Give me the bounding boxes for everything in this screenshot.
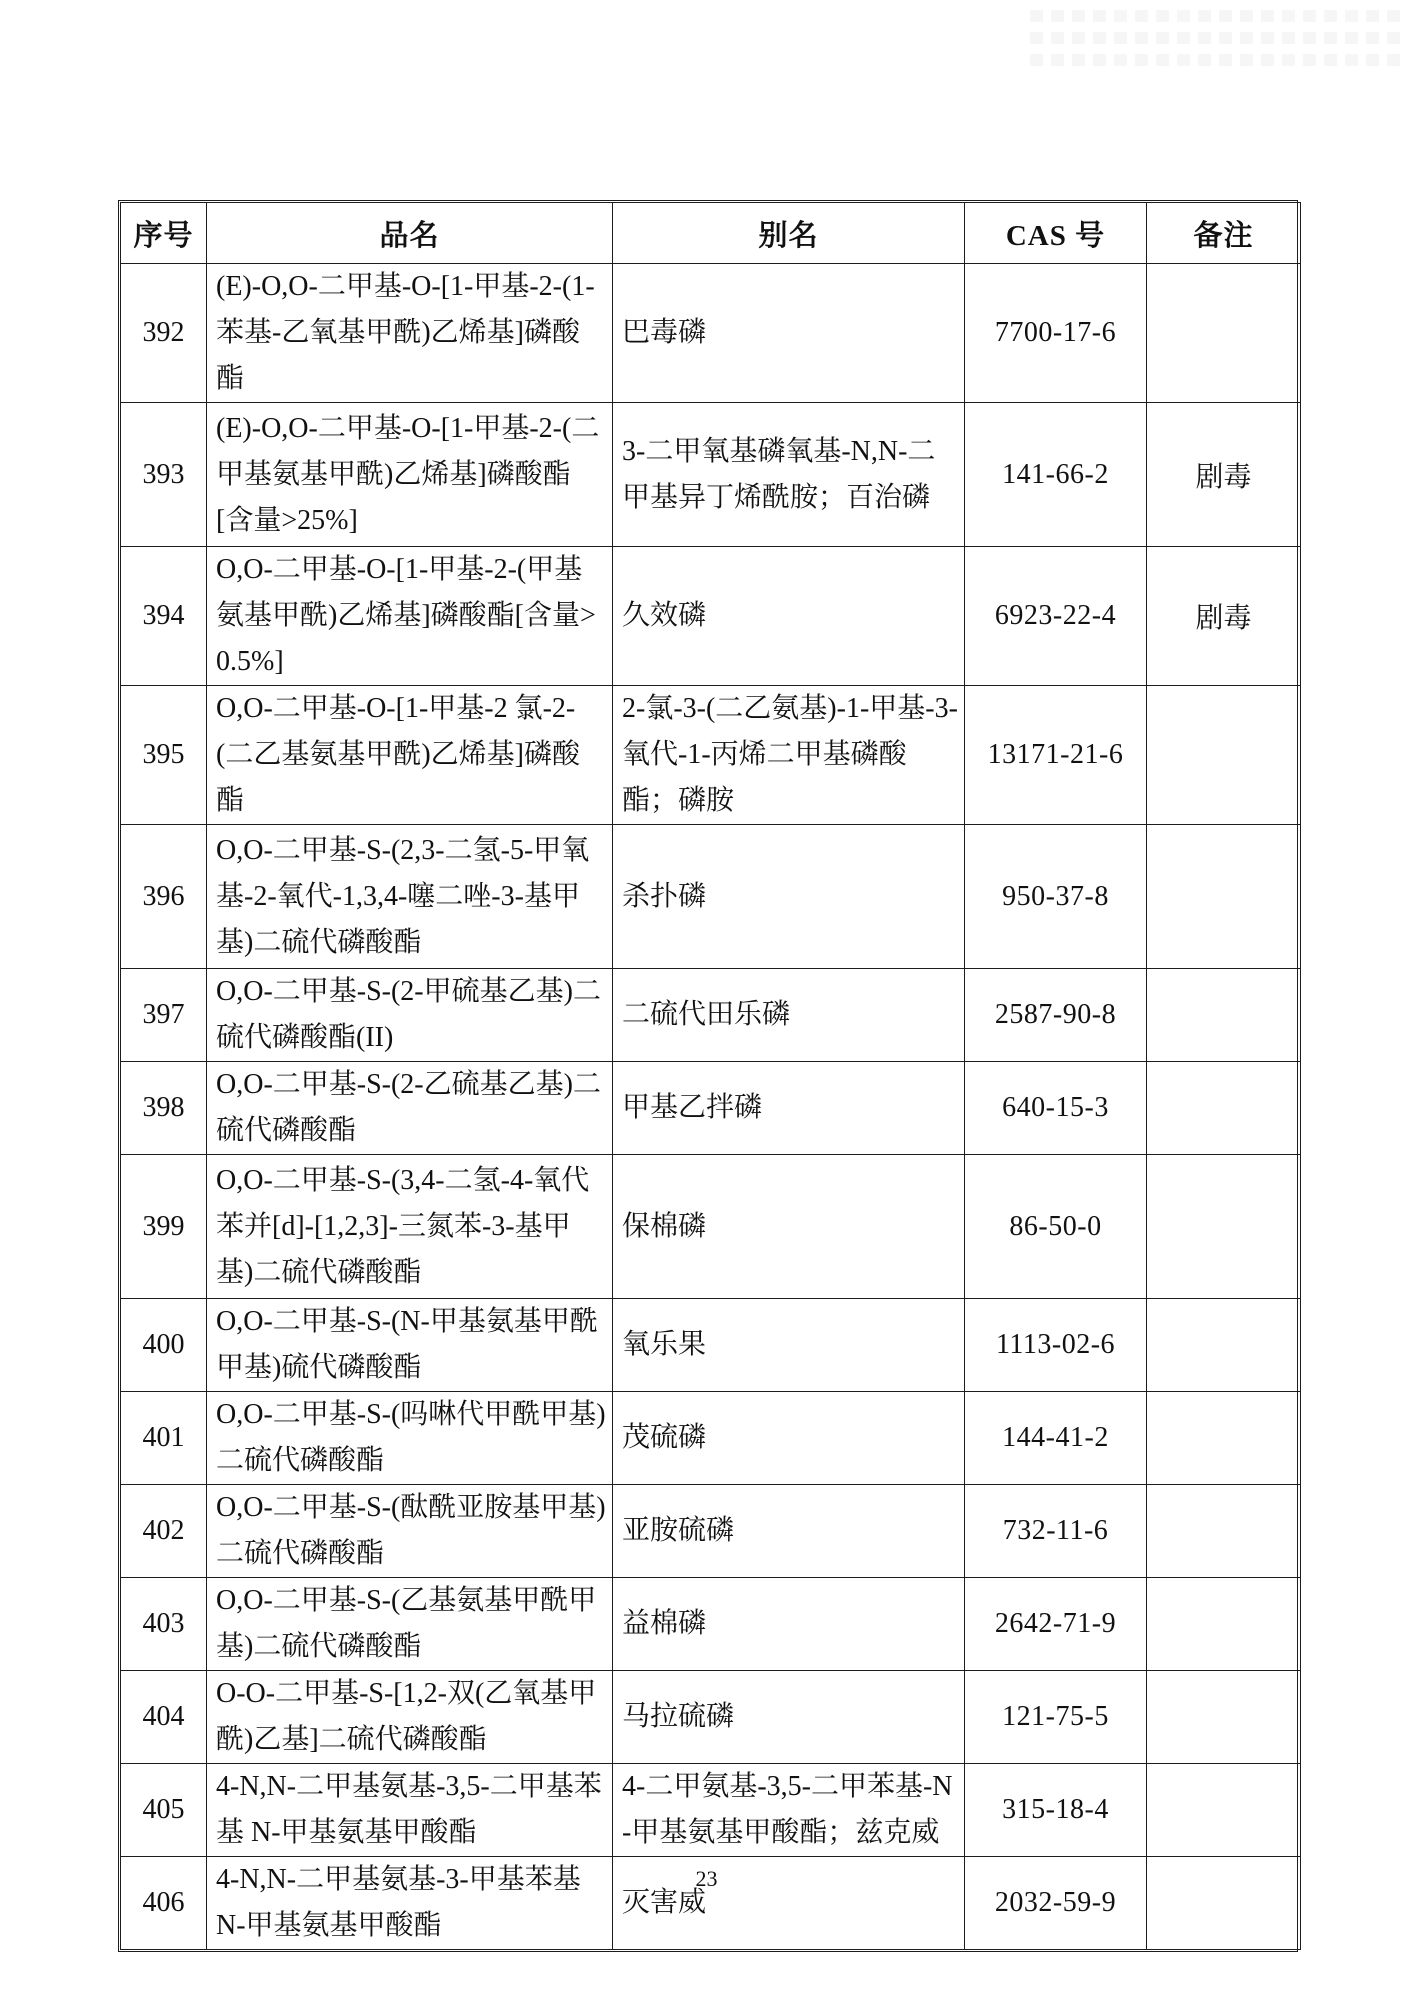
alias-cell: 亚胺硫磷: [613, 1485, 965, 1578]
remark-cell: [1147, 1062, 1301, 1155]
page-number: 23: [0, 1866, 1413, 1892]
index-cell: 395: [121, 686, 207, 825]
chemicals-table: 序号 品名 别名 CAS 号 备注 392 (E)-O,O-二甲基-O-[1-甲…: [120, 202, 1301, 1950]
remark-cell: [1147, 1155, 1301, 1299]
table-row: 400 O,O-二甲基-S-(N-甲基氨基甲酰甲基)硫代磷酸酯 氧乐果 1113…: [121, 1299, 1301, 1392]
cas-cell: 315-18-4: [965, 1764, 1147, 1857]
name-cell: O-O-二甲基-S-[1,2-双(乙氧基甲酰)乙基]二硫代磷酸酯: [207, 1671, 613, 1764]
cas-cell: 144-41-2: [965, 1392, 1147, 1485]
cas-cell: 86-50-0: [965, 1155, 1147, 1299]
alias-cell: 保棉磷: [613, 1155, 965, 1299]
remark-cell: [1147, 1764, 1301, 1857]
header-alias: 别名: [613, 203, 965, 264]
table-row: 399 O,O-二甲基-S-(3,4-二氢-4-氧代苯并[d]-[1,2,3]-…: [121, 1155, 1301, 1299]
cas-cell: 640-15-3: [965, 1062, 1147, 1155]
index-cell: 394: [121, 547, 207, 686]
watermark-line: [1030, 32, 1400, 44]
remark-cell: [1147, 1578, 1301, 1671]
header-row: 序号 品名 别名 CAS 号 备注: [121, 203, 1301, 264]
alias-cell: 氧乐果: [613, 1299, 965, 1392]
table-row: 402 O,O-二甲基-S-(酞酰亚胺基甲基)二硫代磷酸酯 亚胺硫磷 732-1…: [121, 1485, 1301, 1578]
alias-cell: 3-二甲氧基磷氧基-N,N-二甲基异丁烯酰胺；百治磷: [613, 403, 965, 547]
name-cell: O,O-二甲基-S-(酞酰亚胺基甲基)二硫代磷酸酯: [207, 1485, 613, 1578]
index-cell: 399: [121, 1155, 207, 1299]
cas-cell: 6923-22-4: [965, 547, 1147, 686]
name-cell: O,O-二甲基-S-(2-甲硫基乙基)二硫代磷酸酯(II): [207, 969, 613, 1062]
alias-cell: 马拉硫磷: [613, 1671, 965, 1764]
index-cell: 404: [121, 1671, 207, 1764]
table-row: 401 O,O-二甲基-S-(吗啉代甲酰甲基)二硫代磷酸酯 茂硫磷 144-41…: [121, 1392, 1301, 1485]
remark-cell: 剧毒: [1147, 547, 1301, 686]
remark-cell: [1147, 1485, 1301, 1578]
name-cell: O,O-二甲基-O-[1-甲基-2 氯-2-(二乙基氨基甲酰)乙烯基]磷酸酯: [207, 686, 613, 825]
cas-cell: 732-11-6: [965, 1485, 1147, 1578]
name-cell: O,O-二甲基-S-(N-甲基氨基甲酰甲基)硫代磷酸酯: [207, 1299, 613, 1392]
cas-cell: 121-75-5: [965, 1671, 1147, 1764]
alias-cell: 巴毒磷: [613, 264, 965, 403]
index-cell: 393: [121, 403, 207, 547]
index-cell: 401: [121, 1392, 207, 1485]
table-row: 396 O,O-二甲基-S-(2,3-二氢-5-甲氧基-2-氧代-1,3,4-噻…: [121, 825, 1301, 969]
remark-cell: 剧毒: [1147, 403, 1301, 547]
table-row: 395 O,O-二甲基-O-[1-甲基-2 氯-2-(二乙基氨基甲酰)乙烯基]磷…: [121, 686, 1301, 825]
alias-cell: 甲基乙拌磷: [613, 1062, 965, 1155]
alias-cell: 茂硫磷: [613, 1392, 965, 1485]
table-row: 398 O,O-二甲基-S-(2-乙硫基乙基)二硫代磷酸酯 甲基乙拌磷 640-…: [121, 1062, 1301, 1155]
header-cas: CAS 号: [965, 203, 1147, 264]
watermark: [1030, 10, 1400, 80]
alias-cell: 杀扑磷: [613, 825, 965, 969]
cas-cell: 13171-21-6: [965, 686, 1147, 825]
name-cell: (E)-O,O-二甲基-O-[1-甲基-2-(1-苯基-乙氧基甲酰)乙烯基]磷酸…: [207, 264, 613, 403]
alias-cell: 久效磷: [613, 547, 965, 686]
watermark-line: [1030, 10, 1400, 22]
name-cell: O,O-二甲基-S-(吗啉代甲酰甲基)二硫代磷酸酯: [207, 1392, 613, 1485]
index-cell: 403: [121, 1578, 207, 1671]
remark-cell: [1147, 969, 1301, 1062]
index-cell: 397: [121, 969, 207, 1062]
alias-cell: 4-二甲氨基-3,5-二甲苯基-N-甲基氨基甲酸酯；兹克威: [613, 1764, 965, 1857]
cas-cell: 1113-02-6: [965, 1299, 1147, 1392]
table-row: 393 (E)-O,O-二甲基-O-[1-甲基-2-(二甲基氨基甲酰)乙烯基]磷…: [121, 403, 1301, 547]
remark-cell: [1147, 825, 1301, 969]
name-cell: O,O-二甲基-O-[1-甲基-2-(甲基氨基甲酰)乙烯基]磷酸酯[含量>0.5…: [207, 547, 613, 686]
table-row: 404 O-O-二甲基-S-[1,2-双(乙氧基甲酰)乙基]二硫代磷酸酯 马拉硫…: [121, 1671, 1301, 1764]
name-cell: (E)-O,O-二甲基-O-[1-甲基-2-(二甲基氨基甲酰)乙烯基]磷酸酯[含…: [207, 403, 613, 547]
cas-cell: 141-66-2: [965, 403, 1147, 547]
cas-cell: 2587-90-8: [965, 969, 1147, 1062]
header-index: 序号: [121, 203, 207, 264]
remark-cell: [1147, 1671, 1301, 1764]
remark-cell: [1147, 1299, 1301, 1392]
index-cell: 400: [121, 1299, 207, 1392]
name-cell: O,O-二甲基-S-(3,4-二氢-4-氧代苯并[d]-[1,2,3]-三氮苯-…: [207, 1155, 613, 1299]
index-cell: 392: [121, 264, 207, 403]
name-cell: O,O-二甲基-S-(乙基氨基甲酰甲基)二硫代磷酸酯: [207, 1578, 613, 1671]
alias-cell: 益棉磷: [613, 1578, 965, 1671]
alias-cell: 2-氯-3-(二乙氨基)-1-甲基-3-氧代-1-丙烯二甲基磷酸酯；磷胺: [613, 686, 965, 825]
index-cell: 398: [121, 1062, 207, 1155]
alias-cell: 二硫代田乐磷: [613, 969, 965, 1062]
remark-cell: [1147, 686, 1301, 825]
table-row: 392 (E)-O,O-二甲基-O-[1-甲基-2-(1-苯基-乙氧基甲酰)乙烯…: [121, 264, 1301, 403]
index-cell: 396: [121, 825, 207, 969]
chemicals-table-wrapper: 序号 品名 别名 CAS 号 备注 392 (E)-O,O-二甲基-O-[1-甲…: [118, 200, 1298, 1952]
name-cell: O,O-二甲基-S-(2,3-二氢-5-甲氧基-2-氧代-1,3,4-噻二唑-3…: [207, 825, 613, 969]
table-row: 405 4-N,N-二甲基氨基-3,5-二甲基苯基 N-甲基氨基甲酸酯 4-二甲…: [121, 1764, 1301, 1857]
table-row: 397 O,O-二甲基-S-(2-甲硫基乙基)二硫代磷酸酯(II) 二硫代田乐磷…: [121, 969, 1301, 1062]
index-cell: 405: [121, 1764, 207, 1857]
table-row: 403 O,O-二甲基-S-(乙基氨基甲酰甲基)二硫代磷酸酯 益棉磷 2642-…: [121, 1578, 1301, 1671]
remark-cell: [1147, 264, 1301, 403]
index-cell: 402: [121, 1485, 207, 1578]
cas-cell: 7700-17-6: [965, 264, 1147, 403]
cas-cell: 950-37-8: [965, 825, 1147, 969]
watermark-line: [1030, 54, 1400, 66]
cas-cell: 2642-71-9: [965, 1578, 1147, 1671]
name-cell: 4-N,N-二甲基氨基-3,5-二甲基苯基 N-甲基氨基甲酸酯: [207, 1764, 613, 1857]
header-remark: 备注: [1147, 203, 1301, 264]
remark-cell: [1147, 1392, 1301, 1485]
name-cell: O,O-二甲基-S-(2-乙硫基乙基)二硫代磷酸酯: [207, 1062, 613, 1155]
table-row: 394 O,O-二甲基-O-[1-甲基-2-(甲基氨基甲酰)乙烯基]磷酸酯[含量…: [121, 547, 1301, 686]
header-name: 品名: [207, 203, 613, 264]
